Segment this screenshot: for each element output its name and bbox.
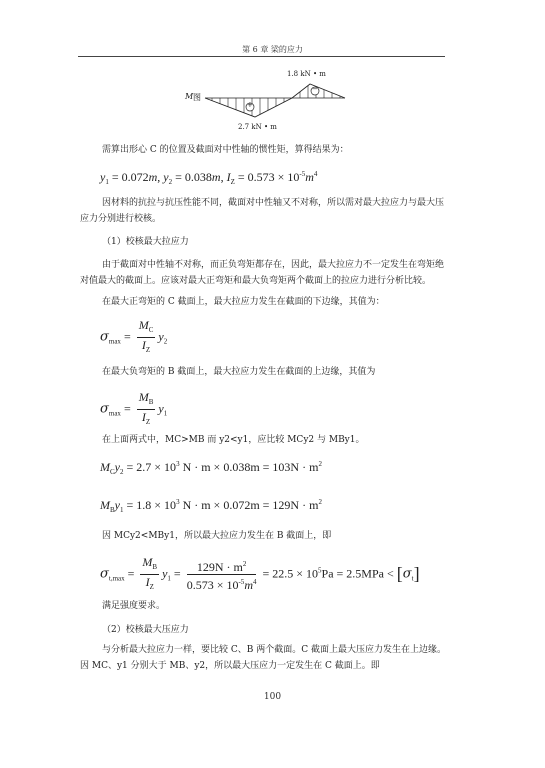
- page-number: 100: [0, 692, 545, 702]
- diagram-label-suffix: 图: [193, 92, 201, 103]
- paragraph-compression-line1: 与分析最大拉应力一样，要比较 C、B 两个截面。C 截面上最大压应力发生在上边缘…: [102, 642, 446, 658]
- diagram-label: M: [185, 92, 193, 101]
- paragraph-conclusion-b: 因 MCy2<MBy1，所以最大拉应力发生在 B 截面上，即: [102, 528, 331, 544]
- paragraph-asymmetry-line2: 对值最大的截面上。应该对最大正弯矩和最大负弯矩两个截面上的拉应力进行分析比较。: [80, 273, 431, 289]
- paragraph-asymmetry-line1: 由于截面对中性轴不对称，而正负弯矩都存在，因此，最大拉应力不一定发生在弯矩绝: [102, 257, 444, 273]
- paragraph-strength-ok: 满足强度要求。: [102, 598, 165, 614]
- formula-sigma-max-b: σmax = MBIZy1: [100, 390, 167, 429]
- formula-mb-y1: MBy1 = 1.8 × 103 N · m × 0.072m = 129N ·…: [100, 498, 322, 514]
- max-negative-moment-label: 1.8 kN • m: [287, 70, 326, 78]
- header-divider: [78, 56, 445, 57]
- formula-mc-y2: MCy2 = 2.7 × 103 N · m × 0.038m = 103N ·…: [100, 460, 322, 476]
- max-positive-moment-label: 2.7 kN • m: [238, 123, 277, 131]
- positive-sign: +: [247, 101, 253, 109]
- chapter-header: 第 6 章 梁的应力: [0, 44, 545, 55]
- section-heading-tension: （1）校核最大拉应力: [102, 234, 189, 250]
- paragraph-section-c: 在最大正弯矩的 C 截面上，最大拉应力发生在截面的下边缘，其值为：: [102, 294, 385, 310]
- paragraph-material-line2: 应力分别进行校核。: [80, 211, 161, 227]
- paragraph-material-line1: 因材料的抗拉与抗压性能不同，截面对中性轴又不对称，所以需对最大拉应力与最大压: [102, 195, 444, 211]
- paragraph-compression-line2: 因 MC、y1 分别大于 MB、y2，所以最大压应力一定发生在 C 截面上。即: [80, 658, 380, 674]
- formula-sigma-max-c: σmax = MCIZy2: [100, 318, 167, 357]
- negative-sign: −: [312, 85, 318, 93]
- bending-moment-diagram: M 图 + − 1.8 kN • m 2.7 kN • m: [180, 68, 360, 138]
- paragraph-centroid: 需算出形心 C 的位置及截面对中性轴的惯性矩，算得结果为：: [102, 142, 349, 158]
- paragraph-section-b: 在最大负弯矩的 B 截面上，最大拉应力发生在截面的上边缘，其值为: [102, 364, 375, 380]
- paragraph-compare: 在上面两式中，MC>MB 而 y2<y1，应比较 MCy2 与 MBy1。: [102, 432, 365, 448]
- formula-section-properties: y1 = 0.072m, y2 = 0.038m, IZ = 0.573 × 1…: [100, 170, 317, 186]
- section-heading-compression: （2）校核最大压应力: [102, 622, 189, 638]
- formula-sigma-t-max: σt,max = MBIZy1 = 129N · m20.573 × 10-5m…: [100, 555, 420, 594]
